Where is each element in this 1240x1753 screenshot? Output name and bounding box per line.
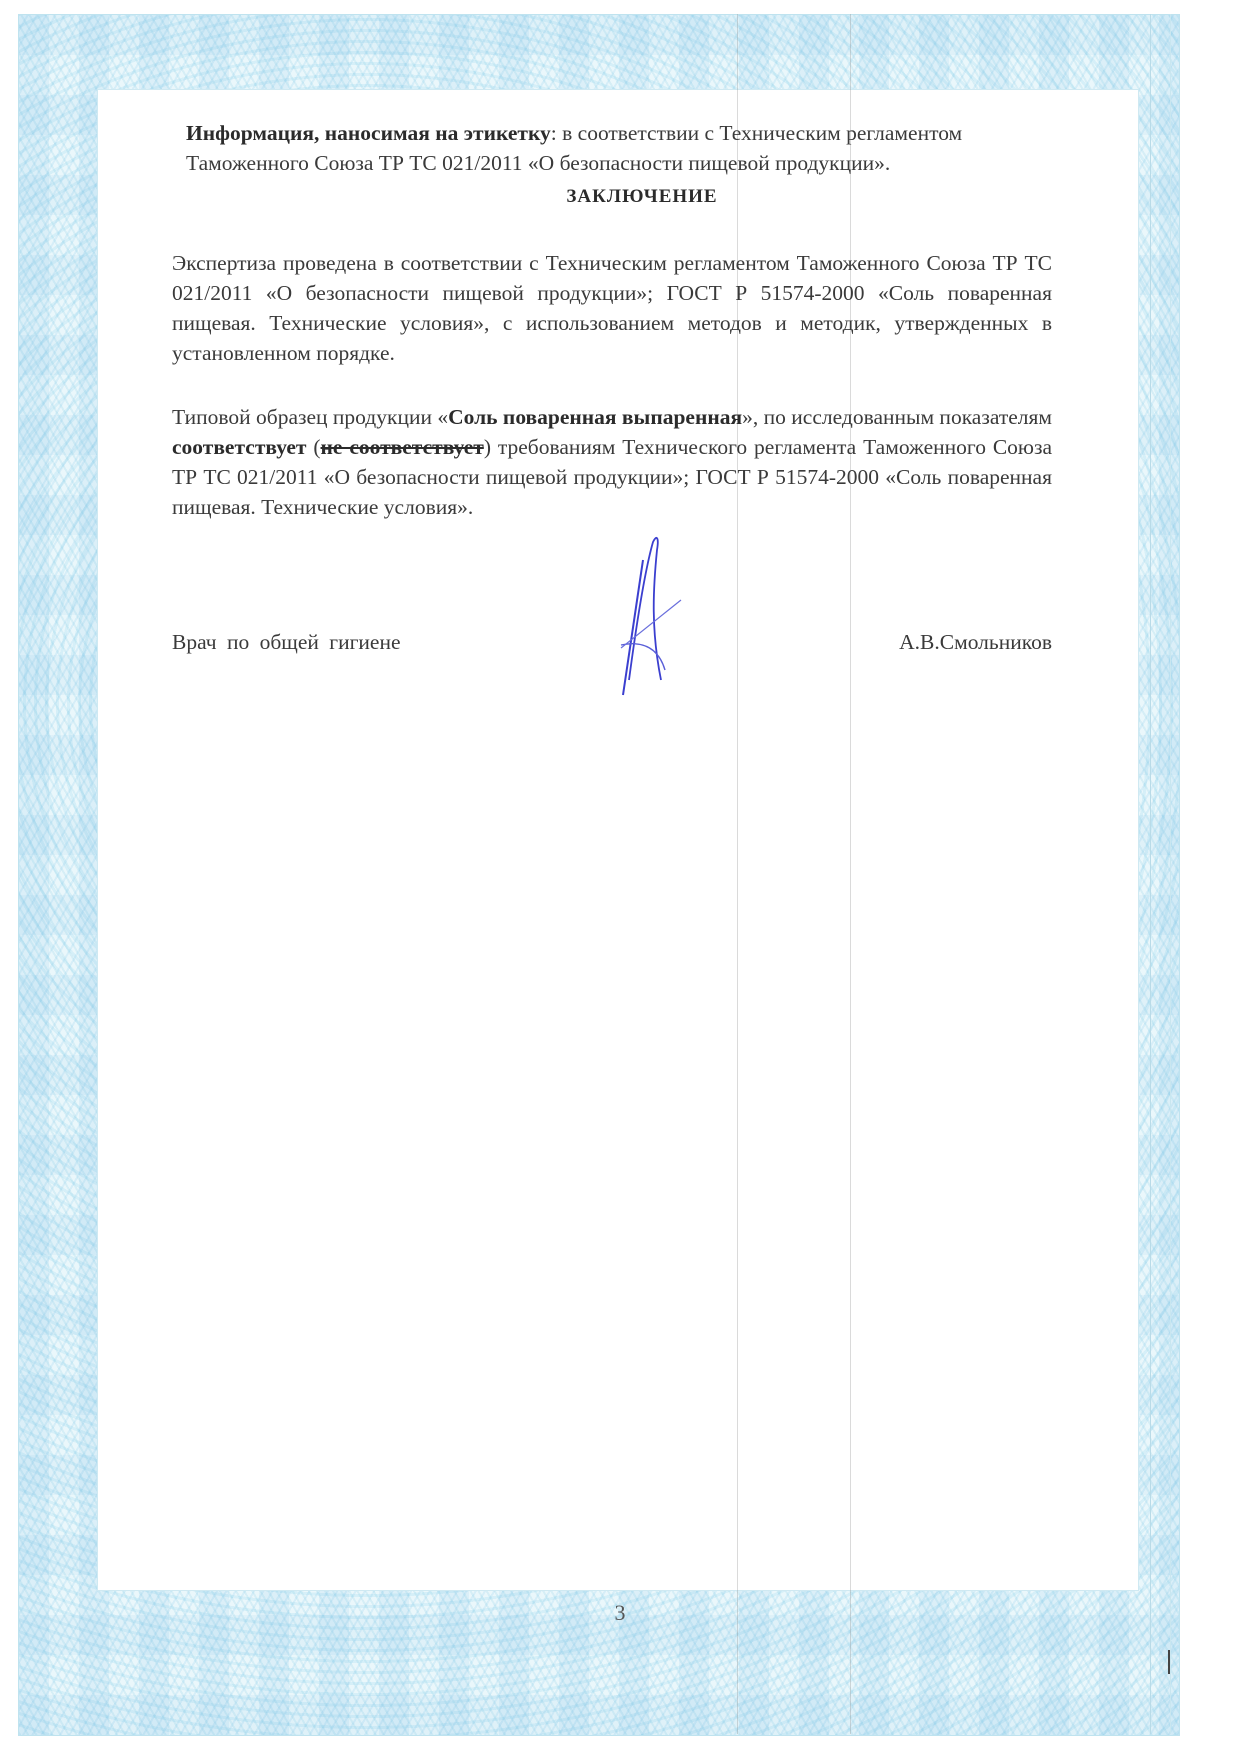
conclusion-text: (	[306, 435, 320, 459]
section-heading: ЗАКЛЮЧЕНИЕ	[172, 182, 1052, 212]
conclusion-text: », по исследованным показателям	[742, 405, 1052, 429]
conclusion-paragraph: Типовой образец продукции «Соль поваренн…	[172, 402, 1052, 522]
verdict: соответствует	[172, 435, 306, 459]
border-rule	[1170, 14, 1171, 1734]
signer-role: Врач по общей гигиене	[172, 630, 401, 655]
border-rule	[1150, 14, 1151, 1734]
product-name: Соль поваренная выпаренная	[448, 405, 742, 429]
scan-edge-mark	[1168, 1650, 1170, 1674]
expertise-paragraph: Экспертиза проведена в соответствии с Те…	[172, 248, 1052, 368]
conclusion-text: Типовой образец продукции «	[172, 405, 448, 429]
signer-name: А.В.Смольников	[899, 630, 1052, 655]
struck-verdict: не соответствует	[321, 435, 484, 459]
label-info-paragraph: Информация, наносимая на этикетку: в соо…	[172, 118, 1052, 178]
handwritten-signature-icon	[615, 530, 695, 700]
page-number: 3	[0, 1600, 1240, 1626]
signature-block: Врач по общей гигиене А.В.Смольников	[172, 630, 1052, 670]
label-info-lead: Информация, наносимая на этикетку	[186, 121, 551, 145]
document-content: Информация, наносимая на этикетку: в соо…	[172, 118, 1052, 522]
